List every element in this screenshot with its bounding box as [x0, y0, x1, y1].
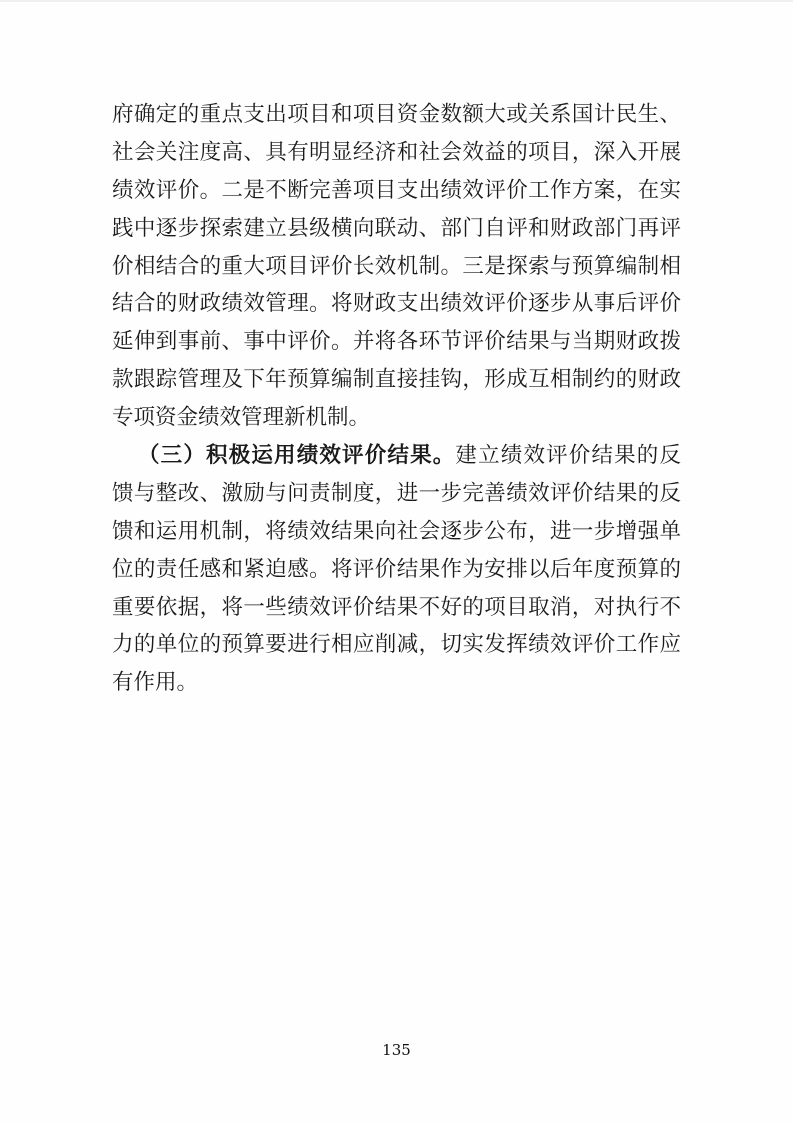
- text-line: 力的单位的预算要进行相应削减，切实发挥绩效评价工作应: [112, 626, 681, 664]
- paragraph-text: 建立绩效评价结果的反: [455, 443, 681, 468]
- text-line: 延伸到事前、事中评价。并将各环节评价结果与当期财政拨: [112, 323, 681, 361]
- text-line: 社会关注度高、具有明显经济和社会效益的项目，深入开展: [112, 134, 681, 172]
- text-line: 价相结合的重大项目评价长效机制。三是探索与预算编制相: [112, 248, 681, 286]
- body-text-block: 府确定的重点支出项目和项目资金数额大或关系国计民生、 社会关注度高、具有明显经济…: [112, 96, 681, 702]
- text-line: 位的责任感和紧迫感。将评价结果作为安排以后年度预算的: [112, 551, 681, 589]
- page-number: 135: [0, 1040, 793, 1060]
- text-line: 有作用。: [112, 664, 681, 702]
- text-line: 府确定的重点支出项目和项目资金数额大或关系国计民生、: [112, 96, 681, 134]
- paragraph-heading: （三）积极运用绩效评价结果。: [138, 443, 455, 468]
- text-line: 馈与整改、激励与问责制度，进一步完善绩效评价结果的反: [112, 475, 681, 513]
- text-line: 践中逐步探索建立县级横向联动、部门自评和财政部门再评: [112, 210, 681, 248]
- text-line: 馈和运用机制，将绩效结果向社会逐步公布，进一步增强单: [112, 513, 681, 551]
- text-line: 重要依据，将一些绩效评价结果不好的项目取消，对执行不: [112, 589, 681, 627]
- document-page: 府确定的重点支出项目和项目资金数额大或关系国计民生、 社会关注度高、具有明显经济…: [0, 0, 793, 1122]
- text-line: 结合的财政绩效管理。将财政支出绩效评价逐步从事后评价: [112, 285, 681, 323]
- text-line: 专项资金绩效管理新机制。: [112, 399, 681, 437]
- text-line: 绩效评价。二是不断完善项目支出绩效评价工作方案，在实: [112, 172, 681, 210]
- text-line: 款跟踪管理及下年预算编制直接挂钩，形成互相制约的财政: [112, 361, 681, 399]
- text-line: （三）积极运用绩效评价结果。建立绩效评价结果的反: [112, 437, 681, 475]
